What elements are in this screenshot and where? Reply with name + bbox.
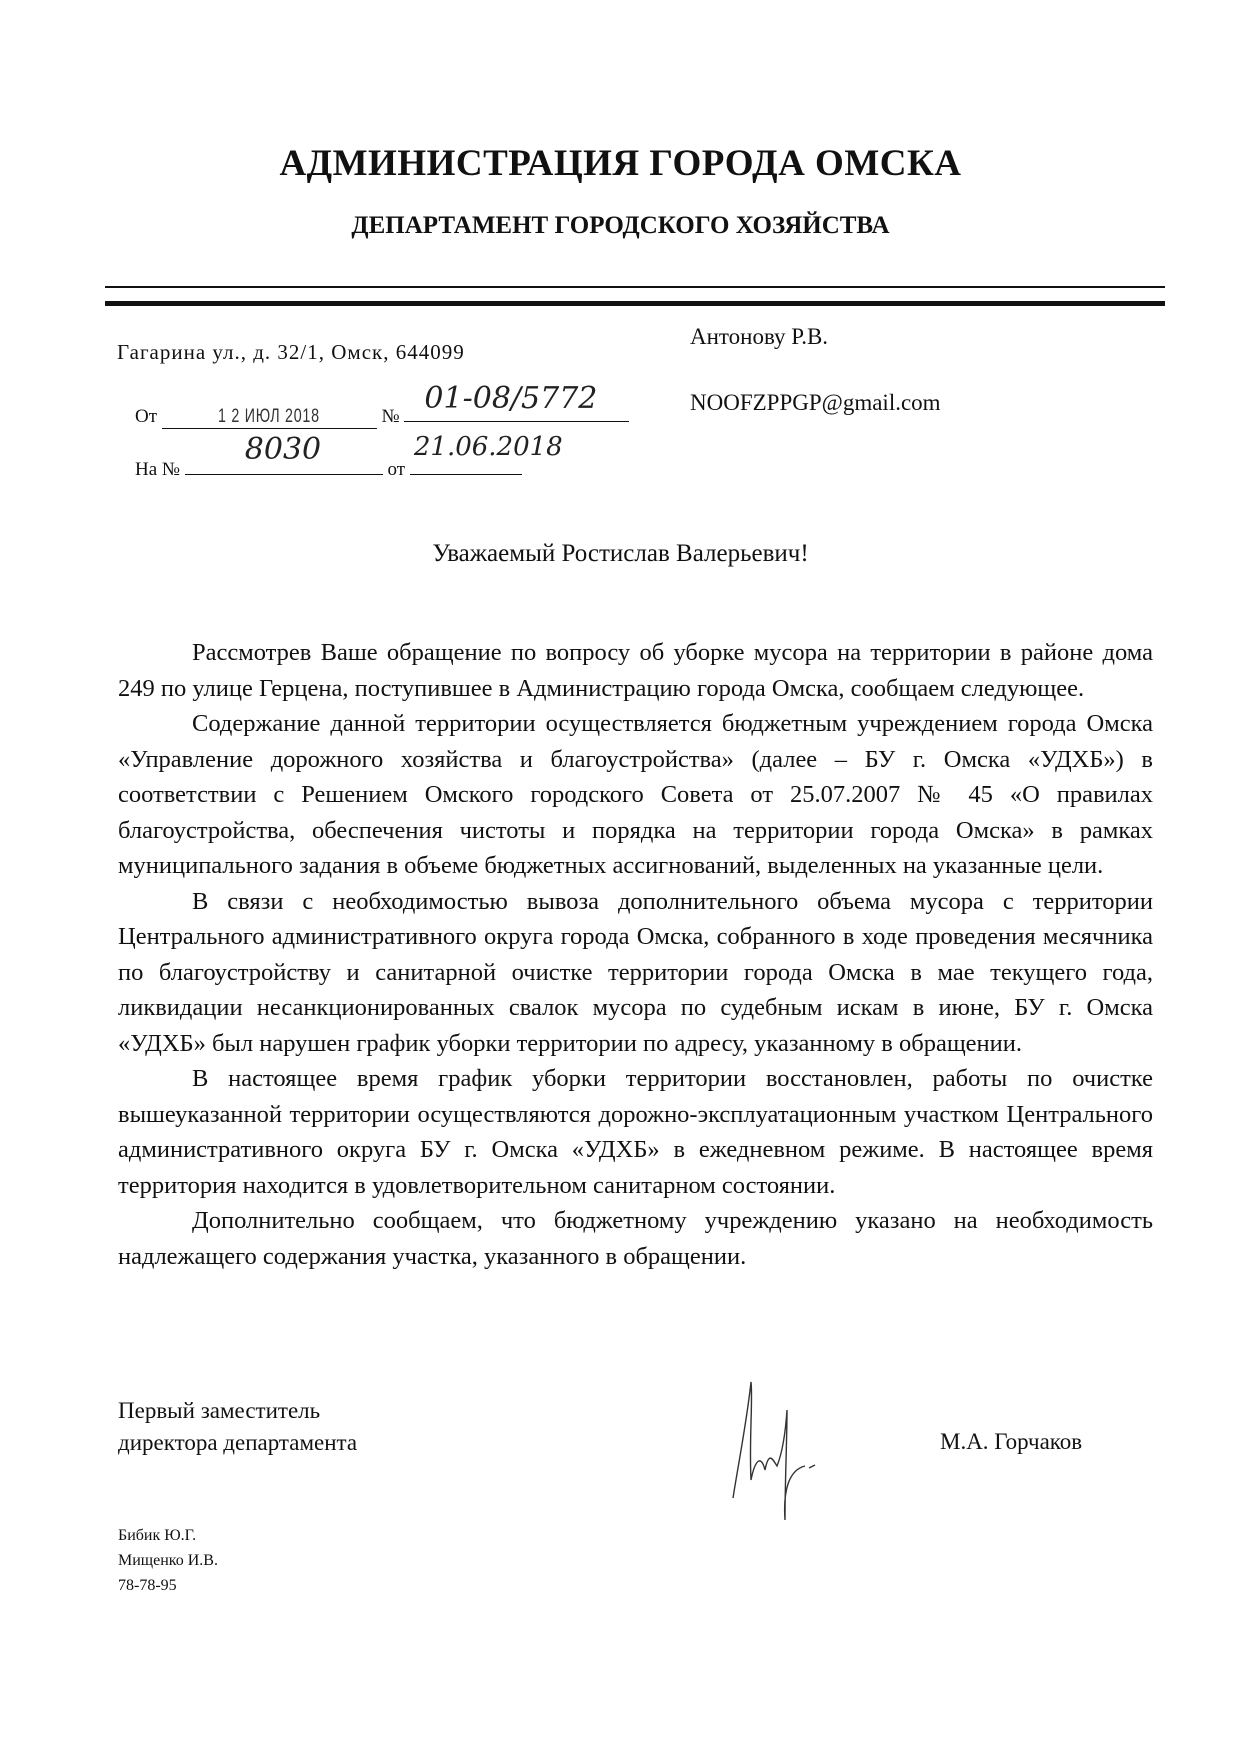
recipient-email: NOOFZPPGP@gmail.com bbox=[690, 390, 941, 416]
reply-reference-row: На № 8030 от 21.06.2018 bbox=[135, 446, 522, 481]
executors-block: Бибик Ю.Г. Мищенко И.В. 78-78-95 bbox=[118, 1523, 218, 1598]
recipient-name: Антонову Р.В. bbox=[690, 324, 828, 350]
body-paragraph: Дополнительно сообщаем, что бюджетному у… bbox=[118, 1203, 1153, 1274]
sender-address: Гагарина ул., д. 32/1, Омск, 644099 bbox=[117, 340, 465, 365]
date-field: 1 2 ИЮЛ 2018 bbox=[162, 406, 377, 429]
organization-title: АДМИНИСТРАЦИЯ ГОРОДА ОМСКА bbox=[0, 142, 1241, 185]
header-divider-thick bbox=[105, 301, 1165, 306]
body-paragraph: В связи с необходимостью вывоза дополнит… bbox=[118, 884, 1153, 1062]
number-label: № bbox=[382, 406, 400, 427]
signatory-title: Первый заместитель директора департамент… bbox=[118, 1395, 357, 1459]
body-paragraph: Рассмотрев Ваше обращение по вопросу об … bbox=[118, 635, 1153, 706]
in-reply-date-handwritten: 21.06.2018 bbox=[414, 432, 563, 462]
signatory-title-line2: директора департамента bbox=[118, 1427, 357, 1459]
in-reply-label: На № bbox=[135, 459, 180, 480]
salutation: Уважаемый Ростислав Валерьевич! bbox=[0, 540, 1241, 568]
body-paragraph: Содержание данной территории осуществляе… bbox=[118, 706, 1153, 884]
in-reply-number-field: 8030 bbox=[185, 446, 383, 475]
body-paragraph: В настоящее время график уборки территор… bbox=[118, 1061, 1153, 1203]
outgoing-reference-row: От 1 2 ИЮЛ 2018 № 01-08/5772 bbox=[135, 393, 629, 429]
signatory-name: М.А. Горчаков bbox=[940, 1429, 1082, 1455]
header-divider-thin bbox=[105, 286, 1165, 288]
number-handwritten: 01-08/5772 bbox=[424, 381, 597, 416]
executor-2: Мищенко И.В. bbox=[118, 1548, 218, 1573]
department-title: ДЕПАРТАМЕНТ ГОРОДСКОГО ХОЗЯЙСТВА bbox=[0, 212, 1241, 240]
date-stamp: 1 2 ИЮЛ 2018 bbox=[218, 406, 320, 428]
executor-phone: 78-78-95 bbox=[118, 1573, 218, 1598]
in-reply-date-label: от bbox=[388, 459, 406, 480]
letter-body: Рассмотрев Ваше обращение по вопросу об … bbox=[118, 590, 1153, 1274]
number-field: 01-08/5772 bbox=[404, 393, 629, 422]
date-label: От bbox=[135, 406, 157, 427]
executor-1: Бибик Ю.Г. bbox=[118, 1523, 218, 1548]
in-reply-number-handwritten: 8030 bbox=[245, 432, 321, 467]
in-reply-date-field: 21.06.2018 bbox=[410, 446, 522, 475]
handwritten-signature bbox=[725, 1370, 835, 1530]
signatory-title-line1: Первый заместитель bbox=[118, 1395, 357, 1427]
